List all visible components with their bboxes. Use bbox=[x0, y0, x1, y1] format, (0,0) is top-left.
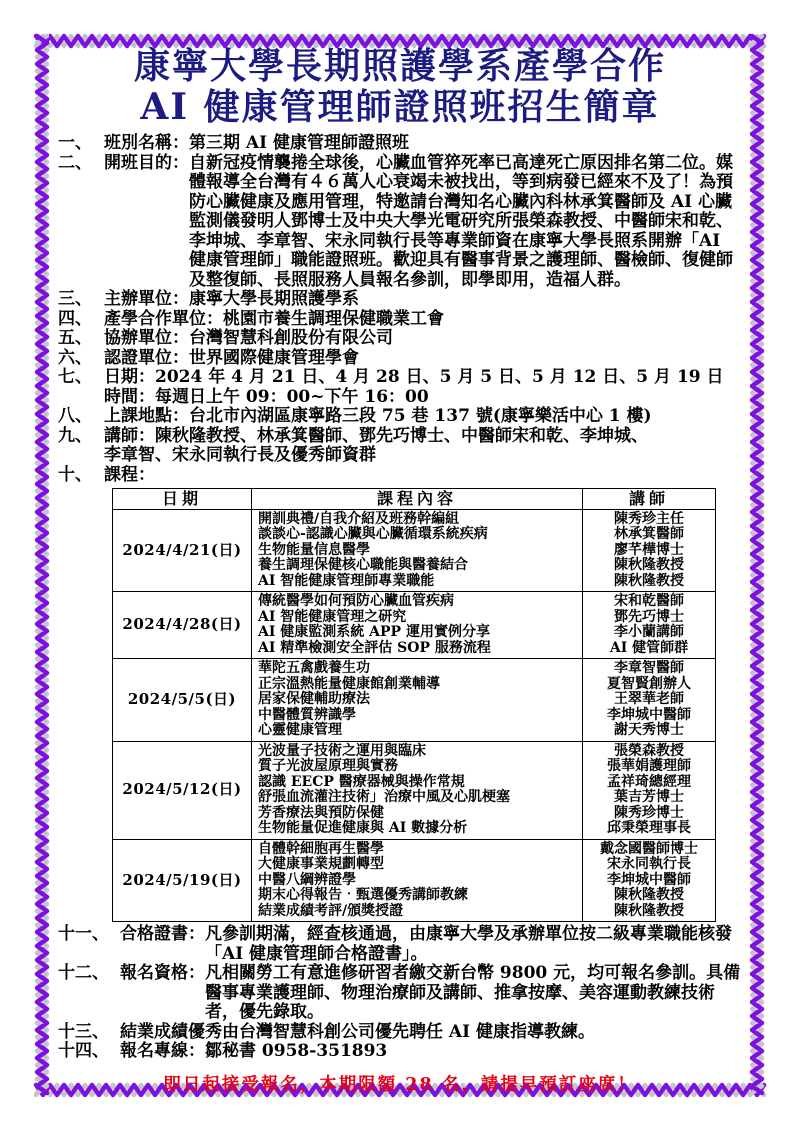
course-row-1: 2024/4/21(日) 開訓典禮/自我介紹及班務幹編組 談談心-認識心臟與心臟… bbox=[113, 509, 716, 592]
course-topics: 光波量子技術之運用與臨床 質子光波屋原理與實務 認識 EECP 醫療器械與操作常… bbox=[252, 741, 583, 839]
course-date: 2024/5/5(日) bbox=[113, 659, 252, 742]
title-line-2: AI 健康管理師證照班招生簡章 bbox=[58, 87, 742, 128]
item-body: 講師：陳秋隆教授、林承箕醫師、鄧先巧博士、中醫師宋和乾、李坤城、 李章智、宋永同… bbox=[104, 427, 742, 466]
item-certifier: 六、 認證單位： 世界國際健康管理學會 bbox=[58, 349, 742, 369]
item-term: 報名專線： bbox=[120, 1042, 205, 1062]
course-table: 日期 課程內容 講師 2024/4/21(日) 開訓典禮/自我介紹及班務幹編組 … bbox=[112, 488, 716, 922]
item-eligibility: 十二、 報名資格： 凡相關勞工有意進修研習者繳交新台幣 9800 元，均可報名參… bbox=[58, 964, 742, 1023]
item-body: 世界國際健康管理學會 bbox=[189, 349, 742, 369]
course-date: 2024/4/21(日) bbox=[113, 509, 252, 592]
item-body: 自新冠疫情襲捲全球後，心臟血管猝死率已高達死亡原因排名第二位。媒體報導全台灣有４… bbox=[189, 154, 742, 291]
document-page: 康寧大學長期照護學系產學合作 AI 健康管理師證照班招生簡章 一、 班別名稱： … bbox=[0, 0, 800, 1131]
item-body: 第三期 AI 健康管理師證照班 bbox=[189, 134, 742, 154]
item-number: 四、 bbox=[58, 310, 104, 330]
course-lecturers: 李章智醫師 夏智賢創辦人 王翠華老師 李坤城中醫師 謝天秀博士 bbox=[583, 659, 716, 742]
item-number: 七、 bbox=[58, 368, 104, 388]
item-term: 開班目的： bbox=[104, 154, 189, 174]
item-term: 產學合作單位： bbox=[104, 310, 223, 330]
item-body: 結業成績優秀由台灣智慧科創公司優先聘任 AI 健康指導教練。 bbox=[120, 1023, 742, 1043]
item-term: 認證單位： bbox=[104, 349, 189, 369]
item-employment: 十三、 結業成績優秀由台灣智慧科創公司優先聘任 AI 健康指導教練。 bbox=[58, 1023, 742, 1043]
item-term: 上課地點： bbox=[104, 407, 189, 427]
course-table-header-lecturer: 講師 bbox=[583, 489, 716, 510]
course-row-3: 2024/5/5(日) 華陀五禽戲養生功 正宗溫熱能量健康館創業輔導 居家保健輔… bbox=[113, 659, 716, 742]
item-term: 報名資格： bbox=[120, 964, 205, 984]
course-lecturers: 戴念國醫師博士 宋永同執行長 李坤城中醫師 陳秋隆教授 陳秋隆教授 bbox=[583, 839, 716, 922]
item-number: 二、 bbox=[58, 154, 104, 174]
document-title: 康寧大學長期照護學系產學合作 AI 健康管理師證照班招生簡章 bbox=[58, 46, 742, 128]
item-term: 班別名稱： bbox=[104, 134, 189, 154]
document-content: 康寧大學長期照護學系產學合作 AI 健康管理師證照班招生簡章 一、 班別名稱： … bbox=[58, 46, 742, 1096]
item-body: 凡相關勞工有意進修研習者繳交新台幣 9800 元，均可報名參訓。具備醫事專業護理… bbox=[205, 964, 742, 1023]
item-number: 六、 bbox=[58, 349, 104, 369]
item-class-name: 一、 班別名稱： 第三期 AI 健康管理師證照班 bbox=[58, 134, 742, 154]
item-organizer: 三、 主辦單位： 康寧大學長期照護學系 bbox=[58, 290, 742, 310]
title-line-1: 康寧大學長期照護學系產學合作 bbox=[58, 46, 742, 87]
item-number: 九、 bbox=[58, 427, 104, 447]
registration-notice: 即日起接受報名，本期限額 28 名，請提早預訂座席！ bbox=[58, 1071, 742, 1096]
item-lecturers: 九、 講師：陳秋隆教授、林承箕醫師、鄧先巧博士、中醫師宋和乾、李坤城、 李章智、… bbox=[58, 427, 742, 466]
item-number: 十一、 bbox=[58, 925, 120, 945]
item-dates-times: 七、 日期：2024 年 4 月 21 日、4 月 28 日、5 月 5 日、5… bbox=[58, 368, 742, 407]
course-topics: 開訓典禮/自我介紹及班務幹編組 談談心-認識心臟與心臟循環系統疾病 生物能量信息… bbox=[252, 509, 583, 592]
course-topics: 自體幹細胞再生醫學 大健康事業規劃轉型 中醫八綱辨證學 期末心得報告‧甄選優秀講… bbox=[252, 839, 583, 922]
item-term: 主辦單位： bbox=[104, 290, 189, 310]
item-number: 三、 bbox=[58, 290, 104, 310]
item-number: 一、 bbox=[58, 134, 104, 154]
item-location: 八、 上課地點： 台北市內湖區康寧路三段 75 巷 137 號(康寧樂活中心 1… bbox=[58, 407, 742, 427]
item-hotline: 十四、 報名專線： 鄒秘書 0958-351893 bbox=[58, 1042, 742, 1062]
item-number: 十、 bbox=[58, 466, 104, 486]
course-table-header-date: 日期 bbox=[113, 489, 252, 510]
item-industry-partner: 四、 產學合作單位： 桃園市養生調理保健職業工會 bbox=[58, 310, 742, 330]
item-number: 十二、 bbox=[58, 964, 120, 984]
item-term: 課程： bbox=[104, 466, 155, 486]
item-body: 日期：2024 年 4 月 21 日、4 月 28 日、5 月 5 日、5 月 … bbox=[104, 368, 742, 407]
item-curriculum: 十、 課程： bbox=[58, 466, 742, 486]
course-date: 2024/5/12(日) bbox=[113, 741, 252, 839]
course-row-2: 2024/4/28(日) 傳統醫學如何預防心臟血管疾病 AI 智能健康管理之研究… bbox=[113, 592, 716, 659]
course-topics: 華陀五禽戲養生功 正宗溫熱能量健康館創業輔導 居家保健輔助療法 中醫體質辨識學 … bbox=[252, 659, 583, 742]
item-class-purpose: 二、 開班目的： 自新冠疫情襲捲全球後，心臟血管猝死率已高達死亡原因排名第二位。… bbox=[58, 154, 742, 291]
item-term: 合格證書： bbox=[120, 925, 205, 945]
item-body: 桃園市養生調理保健職業工會 bbox=[223, 310, 742, 330]
item-body: 台北市內湖區康寧路三段 75 巷 137 號(康寧樂活中心 1 樓) bbox=[189, 407, 742, 427]
course-row-4: 2024/5/12(日) 光波量子技術之運用與臨床 質子光波屋原理與實務 認識 … bbox=[113, 741, 716, 839]
course-date: 2024/5/19(日) bbox=[113, 839, 252, 922]
course-lecturers: 張榮森教授 張華娟護理師 孟祥琦總經理 葉吉芳博士 陳秀珍博士 邱秉榮理事長 bbox=[583, 741, 716, 839]
item-number: 八、 bbox=[58, 407, 104, 427]
item-number: 五、 bbox=[58, 329, 104, 349]
course-lecturers: 宋和乾醫師 鄧先巧博士 李小蘭講師 AI 健管師群 bbox=[583, 592, 716, 659]
course-lecturers: 陳秀珍主任 林承箕醫師 廖芊樺博士 陳秋隆教授 陳秋隆教授 bbox=[583, 509, 716, 592]
item-co-organizer: 五、 協辦單位： 台灣智慧科創股份有限公司 bbox=[58, 329, 742, 349]
item-body: 康寧大學長期照護學系 bbox=[189, 290, 742, 310]
item-number: 十三、 bbox=[58, 1023, 120, 1043]
item-body: 凡參訓期滿，經查核通過，由康寧大學及承辦單位按二級專業職能核發「AI 健康管理師… bbox=[205, 925, 742, 964]
item-body: 鄒秘書 0958-351893 bbox=[205, 1042, 742, 1062]
course-table-header-content: 課程內容 bbox=[252, 489, 583, 510]
course-topics: 傳統醫學如何預防心臟血管疾病 AI 智能健康管理之研究 AI 健康監測系統 AP… bbox=[252, 592, 583, 659]
course-row-5: 2024/5/19(日) 自體幹細胞再生醫學 大健康事業規劃轉型 中醫八綱辨證學… bbox=[113, 839, 716, 922]
item-number: 十四、 bbox=[58, 1042, 120, 1062]
course-table-header-row: 日期 課程內容 講師 bbox=[113, 489, 716, 510]
item-term: 協辦單位： bbox=[104, 329, 189, 349]
item-certificate: 十一、 合格證書： 凡參訓期滿，經查核通過，由康寧大學及承辦單位按二級專業職能核… bbox=[58, 925, 742, 964]
item-body: 台灣智慧科創股份有限公司 bbox=[189, 329, 742, 349]
course-date: 2024/4/28(日) bbox=[113, 592, 252, 659]
